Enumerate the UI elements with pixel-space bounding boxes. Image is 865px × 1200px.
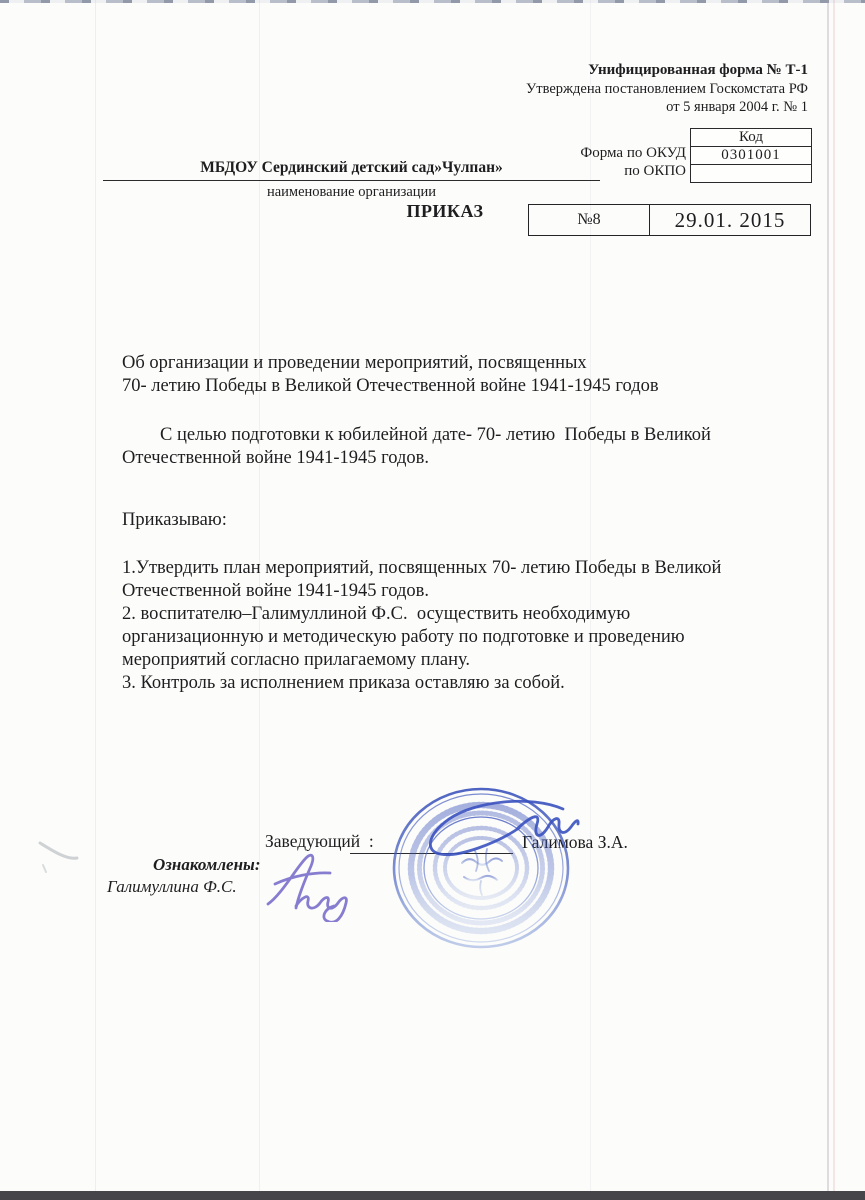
order-item-line: 3. Контроль за исполнением приказа остав… [122,672,565,695]
unified-form-title: Унифицированная форма № Т-1 [400,62,808,79]
director-signature [413,793,583,868]
order-item-line: Отечественной войне 1941-1945 годов. [122,580,429,603]
order-item-line: мероприятий согласно прилагаемому плану. [122,649,470,672]
scan-artifact-top-edge [0,0,865,3]
scan-streak [95,0,96,1200]
scanned-order-document: Унифицированная форма № Т-1 Утверждена п… [0,0,865,1200]
purpose-line: С целью подготовки к юбилейной дате- 70-… [160,424,711,447]
order-item-line: 2. воспитателю–Галимуллиной Ф.С. осущест… [122,603,630,626]
directive-label: Приказываю: [122,509,227,532]
organization-name: МБДОУ Сердинский детский сад»Чулпан» [103,159,600,177]
order-item-line: организационную и методическую работу по… [122,626,685,649]
paper-fold-line [827,0,829,1200]
okud-code-cell: 0301001 [691,147,811,165]
paper-fold-line [833,0,835,1200]
order-title: ПРИКАЗ [355,201,535,222]
okpo-code-cell [691,165,811,182]
code-table-header: Код [691,129,811,147]
acknowledged-name: Галимуллина Ф.С. [107,877,237,897]
order-number: №8 [529,205,650,235]
code-table: Код 0301001 [690,128,812,183]
acknowledged-label: Ознакомлены: [153,855,260,875]
approval-line: Утверждена постановлением Госкомстата РФ [400,81,808,98]
pencil-check-mark [35,835,85,880]
order-number-date-box: №8 29.01. 2015 [528,204,811,236]
scan-artifact-bottom-edge [0,1191,865,1200]
purpose-line: Отечественной войне 1941-1945 годов. [122,447,429,470]
order-date: 29.01. 2015 [650,205,810,235]
approval-date-line: от 5 января 2004 г. № 1 [400,99,808,116]
subject-line: Об организации и проведении мероприятий,… [122,352,587,375]
order-item-line: 1.Утвердить план мероприятий, посвященны… [122,557,721,580]
subject-line: 70- летию Победы в Великой Отечественной… [122,375,659,398]
acknowledger-signature [262,850,362,922]
organization-name-caption: наименование организации [103,184,600,201]
